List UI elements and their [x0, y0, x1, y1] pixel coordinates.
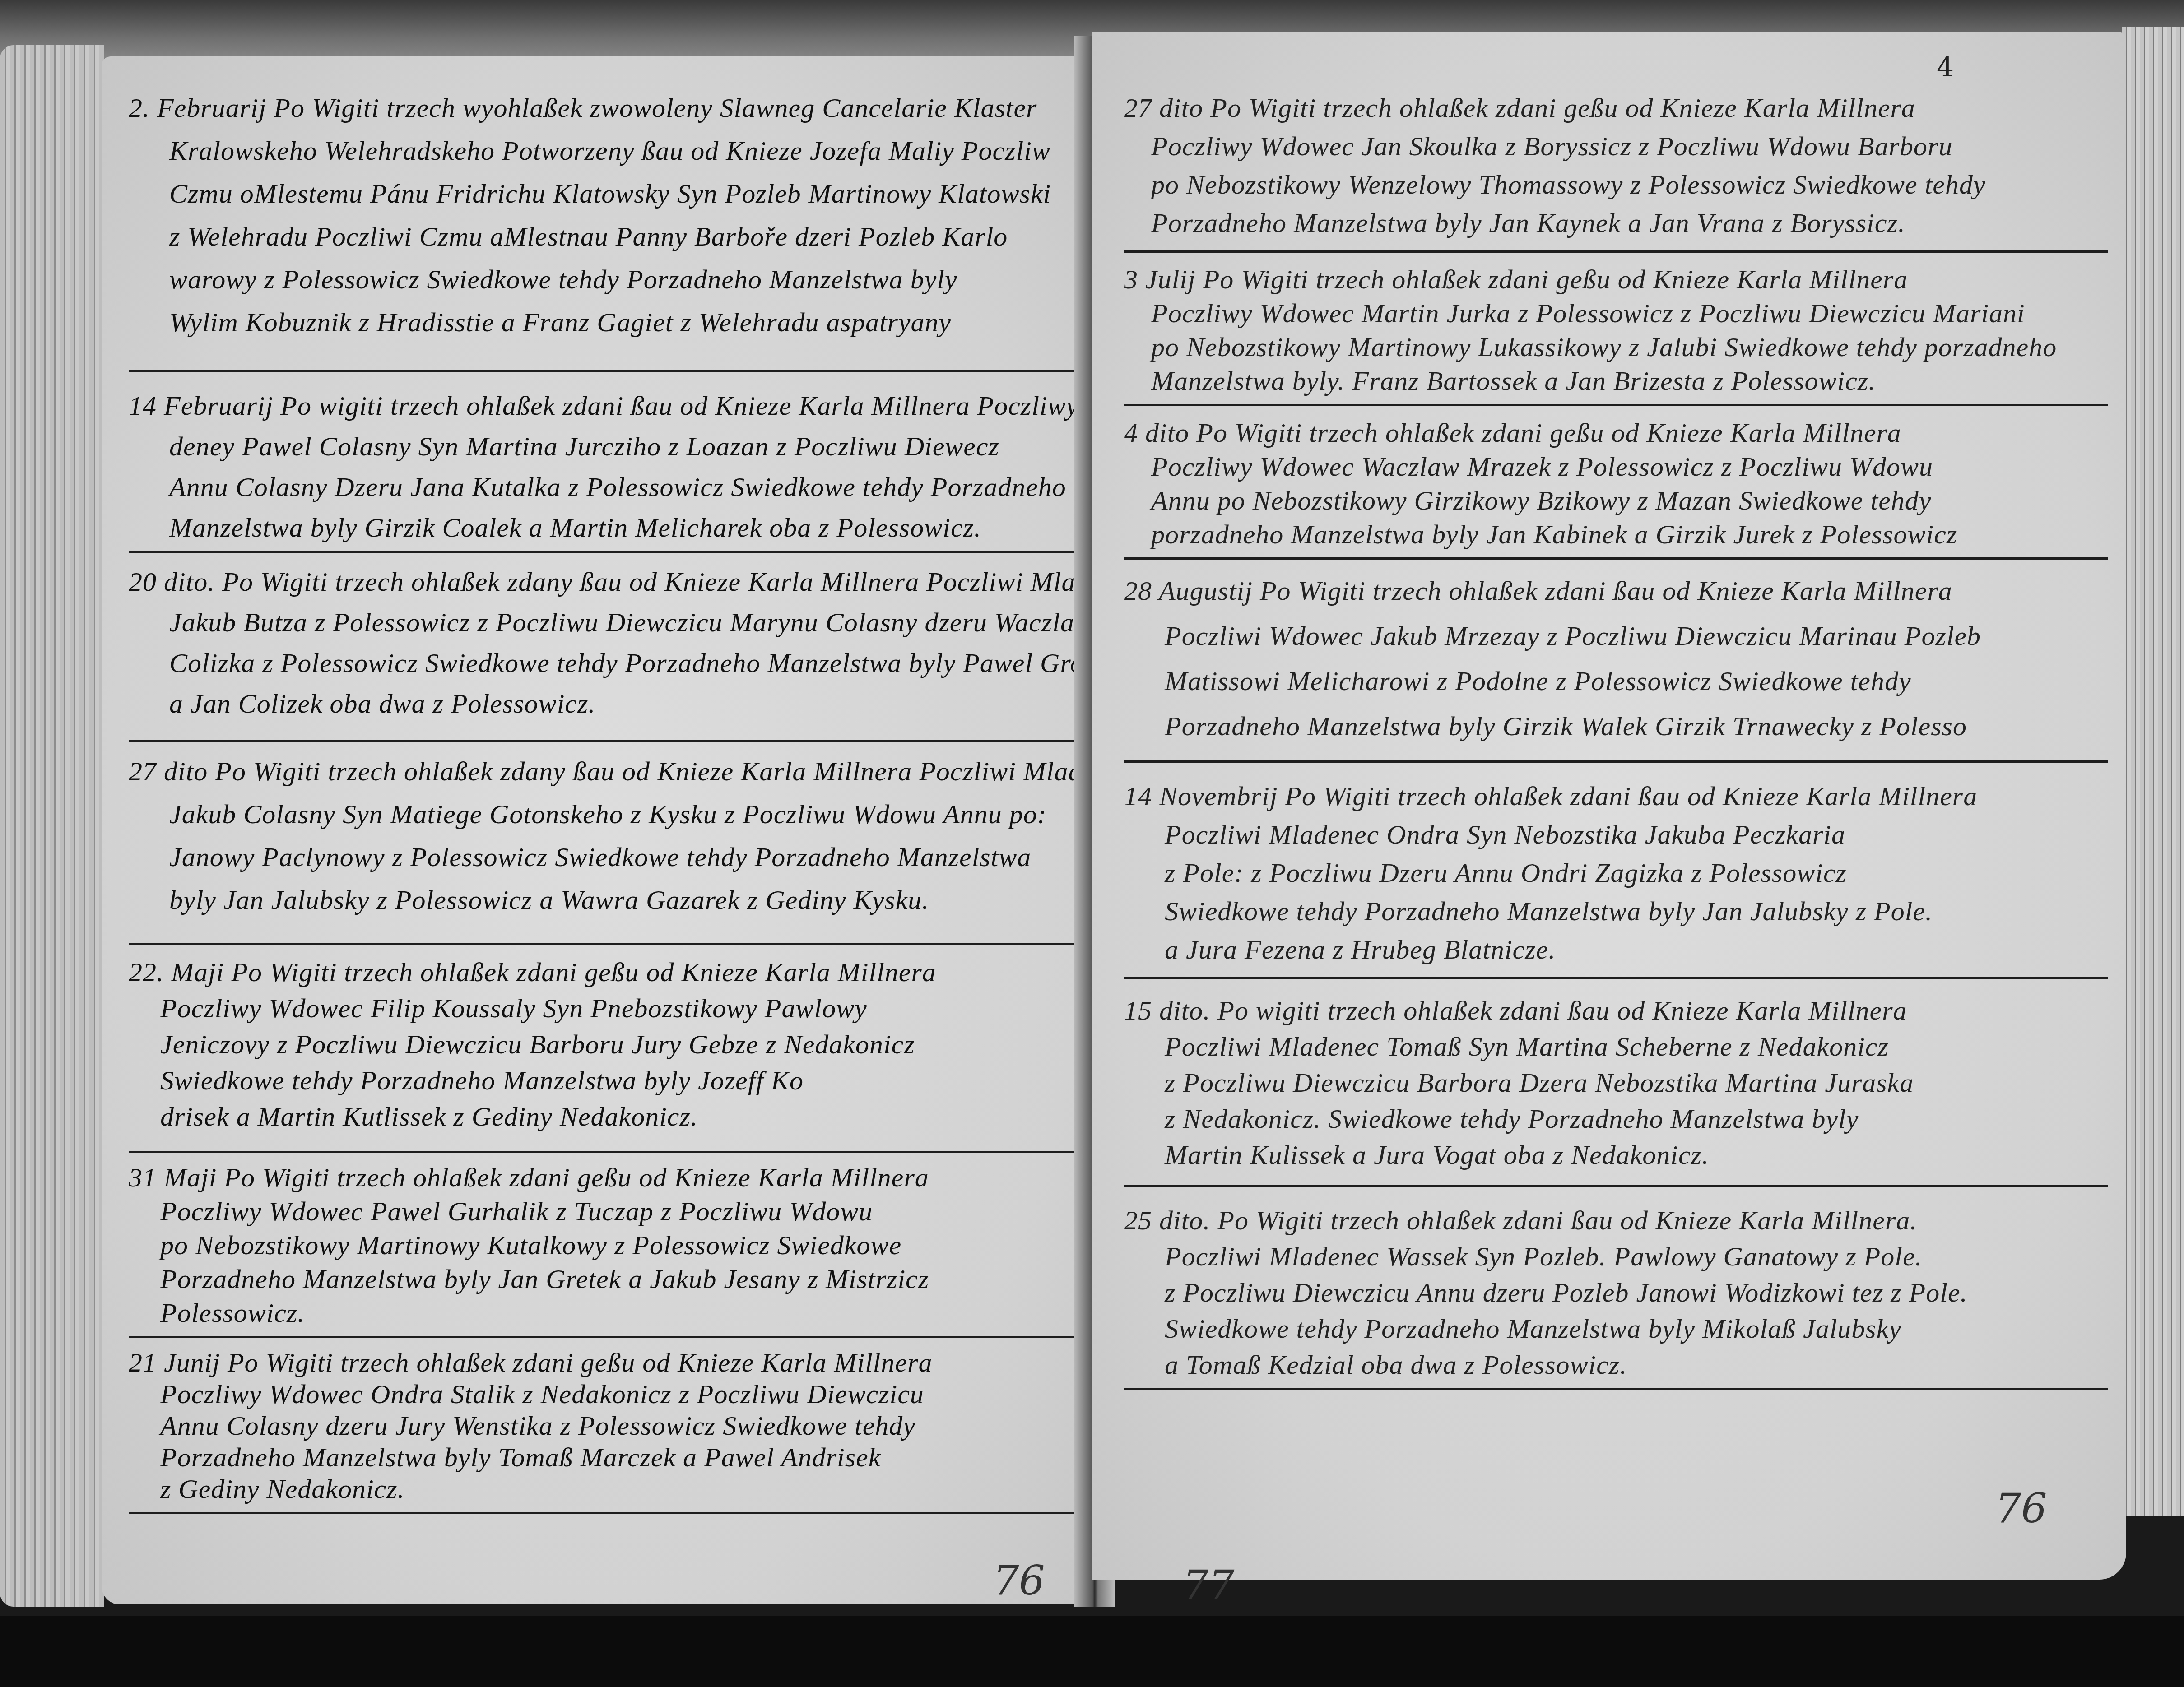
register-entry: 22. Maji Po Wigiti trzech ohlaßek zdani …	[129, 950, 1090, 1153]
entry-line: Poczliwy Wdowec Ondra Stalik z Nedakonic…	[160, 1379, 924, 1410]
entry-line: 27 dito Po Wigiti trzech ohlaßek zdani g…	[1124, 93, 1915, 124]
register-entry: 2. Februarij Po Wigiti trzech wyohlaßek …	[129, 83, 1090, 372]
entry-line: Poczliwi Mladenec Ondra Syn Nebozstika J…	[1165, 819, 1845, 850]
entry-line: Porzadneho Manzelstwa byly Girzik Walek …	[1165, 711, 1967, 742]
entry-line: warowy z Polessowicz Swiedkowe tehdy Por…	[169, 264, 957, 295]
register-entry: 15 dito. Po wigiti trzech ohlaßek zdani …	[1124, 984, 2108, 1187]
entry-line: 25 dito. Po Wigiti trzech ohlaßek zdani …	[1124, 1205, 1917, 1236]
entry-line: Swiedkowe tehdy Porzadneho Manzelstwa by…	[1165, 1313, 1901, 1344]
entry-line: Janowy Paclynowy z Polessowicz Swiedkowe…	[169, 842, 1031, 873]
entry-line: 20 dito. Po Wigiti trzech ohlaßek zdany …	[129, 566, 1141, 598]
entry-line: a Jan Colizek oba dwa z Polessowicz.	[169, 688, 595, 719]
register-entry: 27 dito Po Wigiti trzech ohlaßek zdani g…	[1124, 86, 2108, 253]
folio-number-corner: 76	[1995, 1485, 2047, 1532]
entry-line: a Tomaß Kedzial oba dwa z Polessowicz.	[1165, 1349, 1627, 1381]
entry-line: z Welehradu Poczliwi Czmu aMlestnau Pann…	[169, 221, 1008, 252]
entry-line: Poczliwy Wdowec Waczlaw Mrazek z Polesso…	[1151, 451, 1933, 482]
entry-line: Poczliwy Wdowec Jan Skoulka z Boryssicz …	[1151, 131, 1952, 162]
entry-line: byly Jan Jalubsky z Polessowicz a Wawra …	[169, 885, 929, 916]
register-entry	[129, 1519, 1090, 1595]
register-entry: 4 dito Po Wigiti trzech ohlaßek zdani ge…	[1124, 411, 2108, 560]
entry-line: Poczliwi Wdowec Jakub Mrzezay z Poczliwu…	[1165, 621, 1981, 652]
register-entry: 31 Maji Po Wigiti trzech ohlaßek zdani g…	[129, 1158, 1090, 1338]
entry-line: 4 dito Po Wigiti trzech ohlaßek zdani ge…	[1124, 417, 1901, 449]
entry-line: Manzelstwa byly Girzik Coalek a Martin M…	[169, 512, 981, 543]
entry-line: Poczliwy Wdowec Martin Jurka z Polessowi…	[1151, 298, 2025, 329]
entry-line: Annu Colasny Dzeru Jana Kutalka z Poless…	[169, 472, 1066, 503]
entry-line: Matissowi Melicharowi z Podolne z Poless…	[1165, 666, 1911, 697]
entry-line: deney Pawel Colasny Syn Martina Jurcziho…	[169, 431, 999, 462]
entry-line: 21 Junij Po Wigiti trzech ohlaßek zdani …	[129, 1347, 933, 1378]
entry-line: z Nedakonicz. Swiedkowe tehdy Porzadneho…	[1165, 1103, 1859, 1135]
entry-line: 2. Februarij Po Wigiti trzech wyohlaßek …	[129, 93, 1037, 124]
entry-line: Poczliwi Mladenec Tomaß Syn Martina Sche…	[1165, 1031, 1889, 1062]
entry-line: Colizka z Polessowicz Swiedkowe tehdy Po…	[169, 648, 1084, 679]
entry-line: z Pole: z Poczliwu Dzeru Annu Ondri Zagi…	[1165, 857, 1847, 889]
entry-line: Jakub Colasny Syn Matiege Gotonskeho z K…	[169, 799, 1047, 830]
entry-line: 14 Novembrij Po Wigiti trzech ohlaßek zd…	[1124, 781, 1977, 812]
entry-line: drisek a Martin Kutlissek z Gediny Nedak…	[160, 1101, 698, 1132]
entry-line: 27 dito Po Wigiti trzech ohlaßek zdany ß…	[129, 756, 1083, 787]
register-entry: 3 Julij Po Wigiti trzech ohlaßek zdani g…	[1124, 257, 2108, 406]
entry-line: Porzadneho Manzelstwa byly Tomaß Marczek…	[160, 1442, 881, 1473]
entry-line: Jeniczovy z Poczliwu Diewczicu Barboru J…	[160, 1029, 915, 1060]
folio-number-left: 76	[993, 1557, 1045, 1604]
page-edges-left	[0, 45, 104, 1607]
entry-line: 22. Maji Po Wigiti trzech ohlaßek zdani …	[129, 957, 936, 988]
entry-line: porzadneho Manzelstwa byly Jan Kabinek a…	[1151, 519, 1957, 550]
entry-line: Kralowskeho Welehradskeho Potworzeny ßau…	[169, 135, 1050, 167]
entry-line: z Poczliwu Diewczicu Annu dzeru Pozleb J…	[1165, 1277, 1968, 1308]
entry-line: 3 Julij Po Wigiti trzech ohlaßek zdani g…	[1124, 264, 1908, 295]
entry-line: 15 dito. Po wigiti trzech ohlaßek zdani …	[1124, 995, 1907, 1026]
entry-line: Poczliwy Wdowec Pawel Gurhalik z Tuczap …	[160, 1196, 873, 1227]
entry-line: Jakub Butza z Polessowicz z Poczliwu Die…	[169, 607, 1093, 638]
entry-line: Poczliwy Wdowec Filip Koussaly Syn Pnebo…	[160, 993, 867, 1024]
entry-line: Polessowicz.	[160, 1298, 305, 1329]
left-page-entries: 2. Februarij Po Wigiti trzech wyohlaßek …	[102, 56, 1099, 1604]
entry-line: po Nebozstikowy Wenzelowy Thomassowy z P…	[1151, 169, 1986, 200]
entry-line: z Poczliwu Diewczicu Barbora Dzera Neboz…	[1165, 1067, 1914, 1098]
register-entry: 20 dito. Po Wigiti trzech ohlaßek zdany …	[129, 557, 1090, 742]
register-entry: 27 dito Po Wigiti trzech ohlaßek zdany ß…	[129, 747, 1090, 945]
scan-background	[0, 1616, 2184, 1687]
folio-number-right: 77	[1183, 1562, 1235, 1609]
register-entry: 28 Augustij Po Wigiti trzech ohlaßek zda…	[1124, 564, 2108, 763]
page-edges-right	[2122, 27, 2184, 1516]
entry-line: Porzadneho Manzelstwa byly Jan Kaynek a …	[1151, 208, 1905, 239]
entry-line: 28 Augustij Po Wigiti trzech ohlaßek zda…	[1124, 575, 1952, 607]
entry-line: Wylim Kobuznik z Hradisstie a Franz Gagi…	[169, 307, 951, 338]
register-entry: 21 Junij Po Wigiti trzech ohlaßek zdani …	[129, 1343, 1090, 1514]
entry-line: z Gediny Nedakonicz.	[160, 1474, 405, 1505]
entry-line: Annu Colasny dzeru Jury Wenstika z Poles…	[160, 1410, 915, 1441]
entry-line: 14 Februarij Po wigiti trzech ohlaßek zd…	[129, 390, 1131, 422]
register-entry: 14 Februarij Po wigiti trzech ohlaßek zd…	[129, 381, 1090, 553]
entry-line: a Jura Fezena z Hrubeg Blatnicze.	[1165, 934, 1556, 965]
entry-line: po Nebozstikowy Martinowy Lukassikowy z …	[1151, 332, 2057, 363]
entry-line: Swiedkowe tehdy Porzadneho Manzelstwa by…	[1165, 896, 1933, 927]
entry-line: Czmu oMlestemu Pánu Fridrichu Klatowsky …	[169, 178, 1051, 209]
entry-line: po Nebozstikowy Martinowy Kutalkowy z Po…	[160, 1230, 901, 1261]
right-page: 4 27 dito Po Wigiti trzech ohlaßek zdani…	[1092, 32, 2126, 1580]
left-page: 2. Februarij Po Wigiti trzech wyohlaßek …	[102, 56, 1099, 1604]
entry-line: Martin Kulissek a Jura Vogat oba z Nedak…	[1165, 1140, 1709, 1171]
entry-line: Manzelstwa byly. Franz Bartossek a Jan B…	[1151, 366, 1876, 397]
right-page-entries: 27 dito Po Wigiti trzech ohlaßek zdani g…	[1092, 32, 2126, 1580]
entry-line: Poczliwi Mladenec Wassek Syn Pozleb. Paw…	[1165, 1241, 1923, 1272]
entry-line: Swiedkowe tehdy Porzadneho Manzelstwa by…	[160, 1065, 804, 1096]
entry-line: Annu po Nebozstikowy Girzikowy Bzikowy z…	[1151, 485, 1931, 516]
entry-line: 31 Maji Po Wigiti trzech ohlaßek zdani g…	[129, 1162, 929, 1193]
entry-line: Porzadneho Manzelstwa byly Jan Gretek a …	[160, 1264, 929, 1295]
register-entry: 14 Novembrij Po Wigiti trzech ohlaßek zd…	[1124, 767, 2108, 979]
register-entry: 25 dito. Po Wigiti trzech ohlaßek zdani …	[1124, 1191, 2108, 1390]
